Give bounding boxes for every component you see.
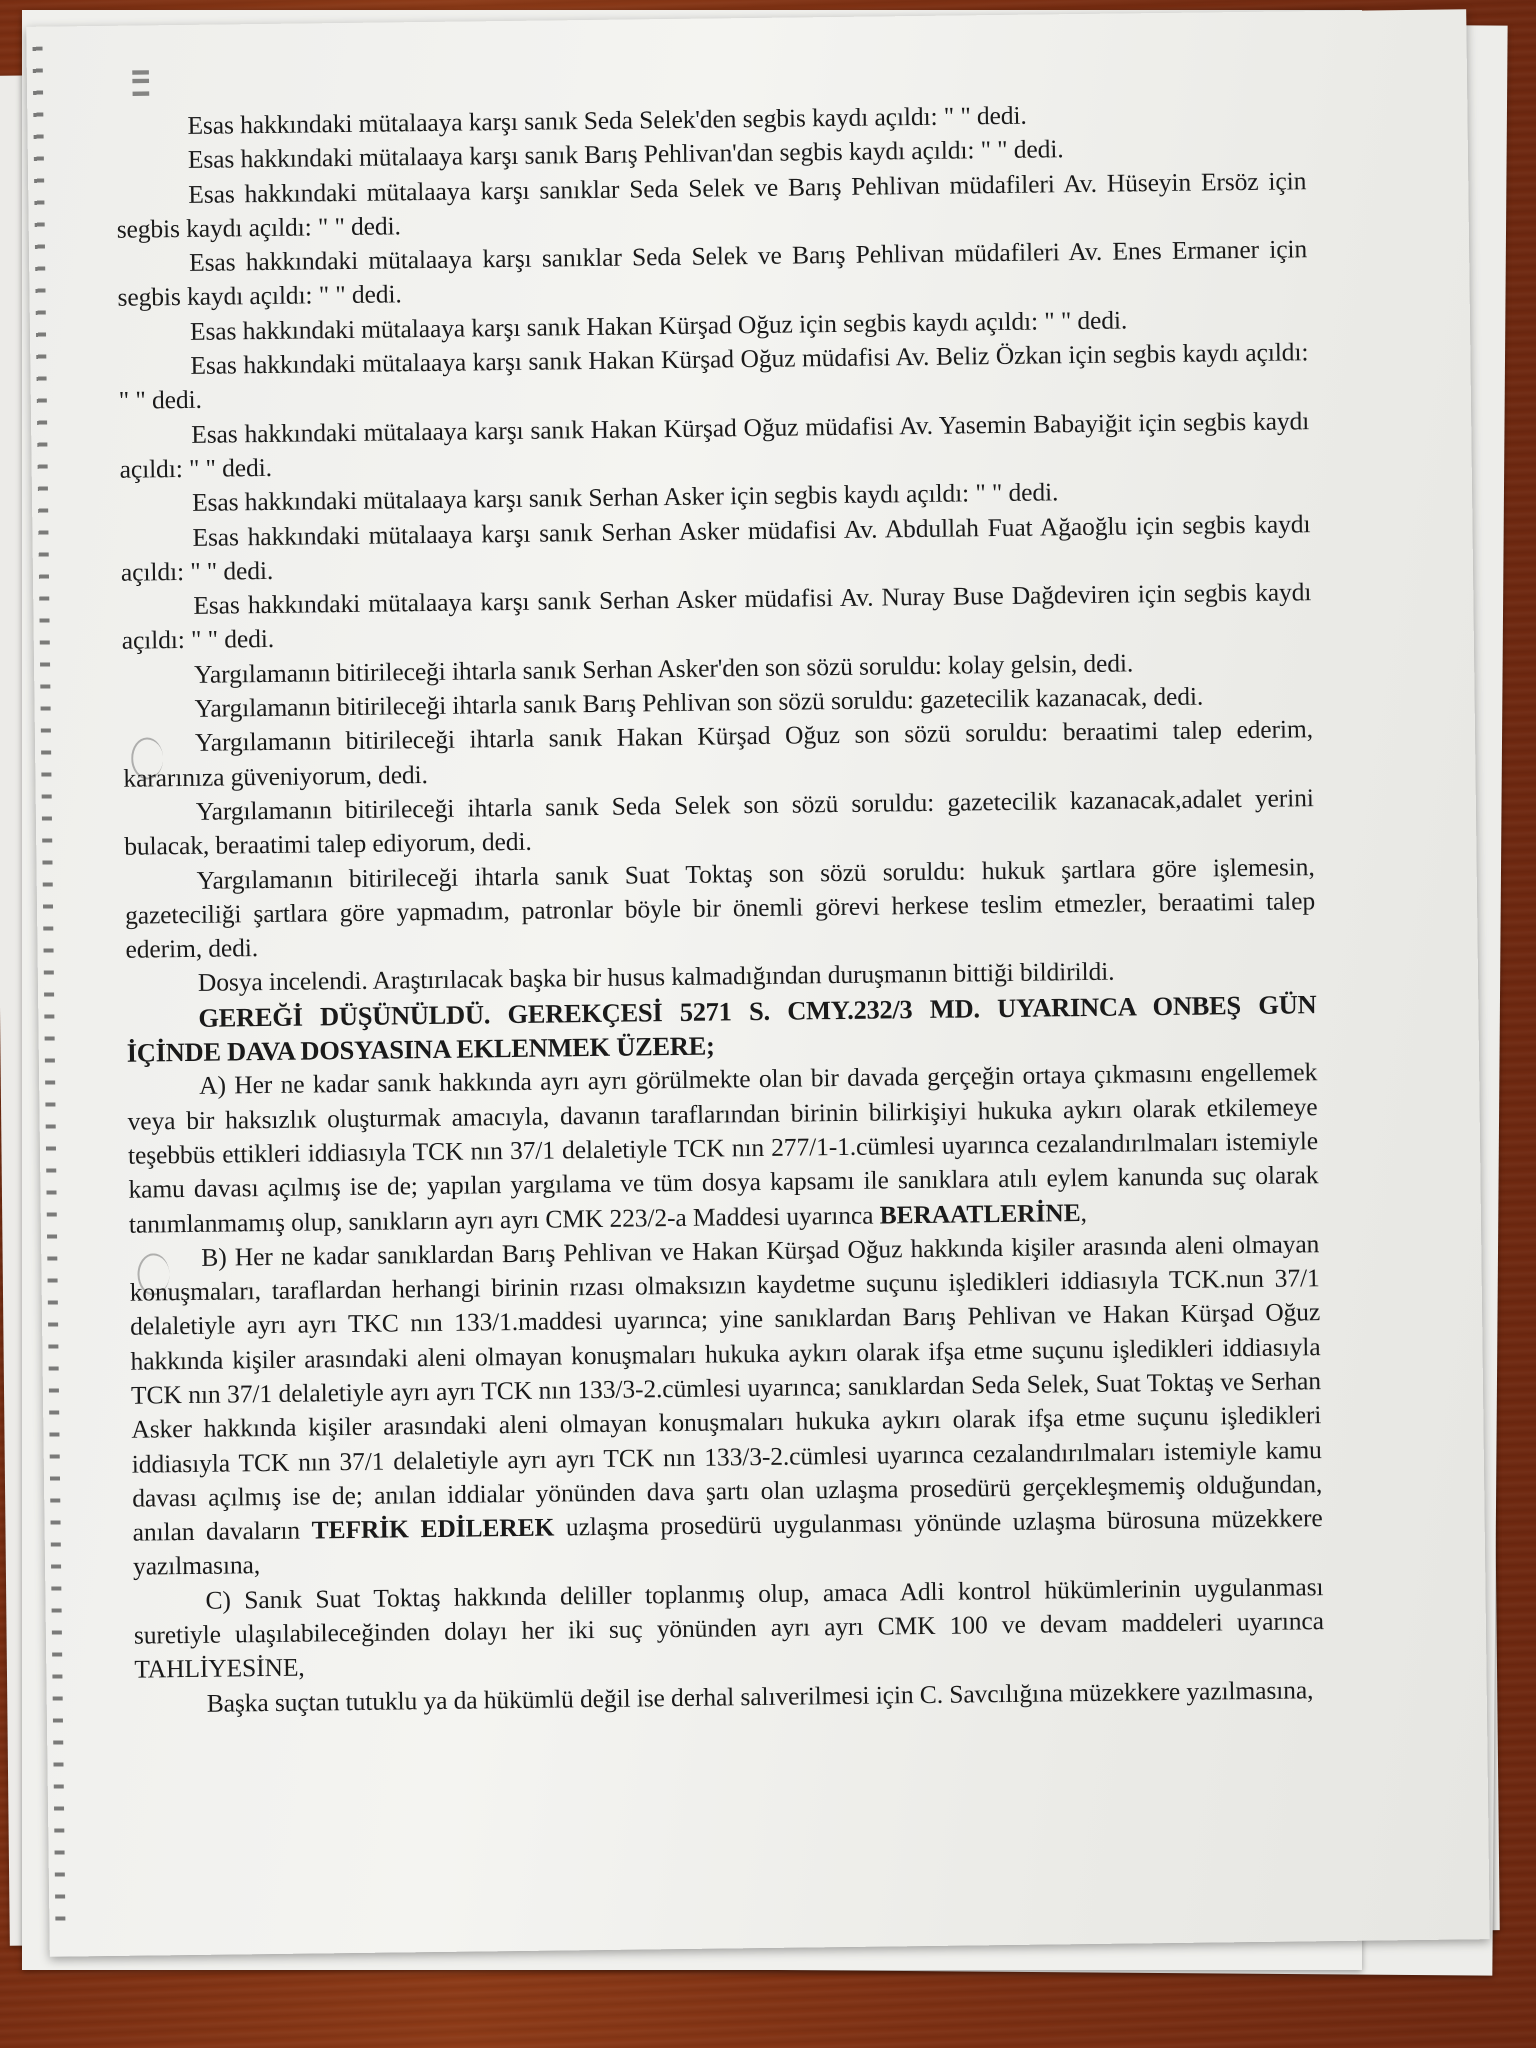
document-body: Esas hakkındaki mütalaaya karşı sanık Se… — [115, 95, 1325, 1721]
section-a-tail: , — [1080, 1198, 1087, 1227]
paragraph-last-word-suat-toktas: Yargılamanın bitirileceği ihtarla sanık … — [125, 850, 1316, 967]
section-b-separation: B) Her ne kadar sanıklardan Barış Pehliv… — [129, 1227, 1323, 1584]
section-b-emphasis: TEFRİK EDİLEREK — [311, 1513, 554, 1545]
section-a-acquittal: A) Her ne kadar sanık hakkında ayrı ayrı… — [127, 1055, 1319, 1241]
section-a-emphasis: BERAATLERİNE — [879, 1198, 1080, 1229]
section-a-text: A) Her ne kadar sanık hakkında ayrı ayrı… — [127, 1057, 1318, 1238]
document-page: ▌▌▐ Esas hakkındaki mütalaaya karşı sanı… — [26, 9, 1489, 1956]
section-c-release: C) Sanık Suat Toktaş hakkında deliller t… — [133, 1570, 1324, 1687]
section-b-text: B) Her ne kadar sanıklardan Barış Pehliv… — [130, 1229, 1323, 1547]
